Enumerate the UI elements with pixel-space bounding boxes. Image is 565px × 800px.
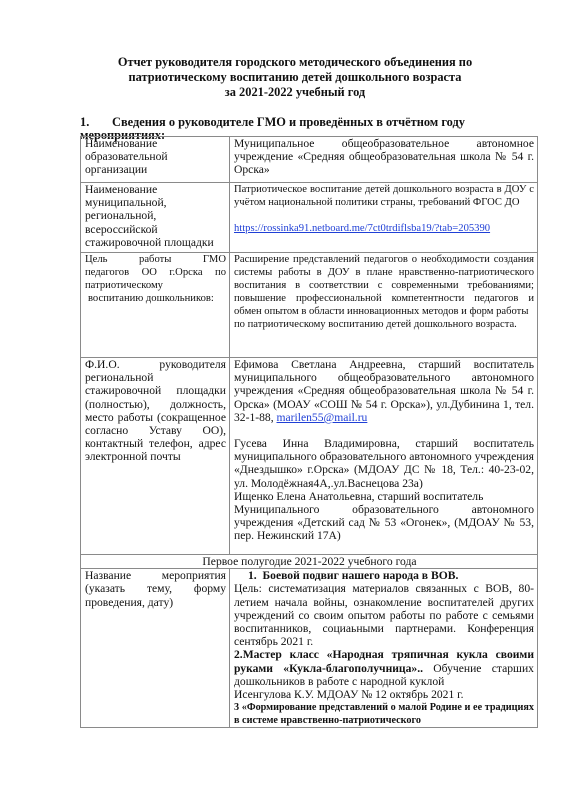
label-platform: Наименование муниципальной, региональной… (81, 183, 230, 253)
title-line-2: патриотическому воспитанию детей дошколь… (60, 70, 530, 85)
report-table: Наименование образовательной организации… (80, 136, 538, 728)
label-events: Название мероприятия (указать тему, форм… (81, 569, 230, 728)
value-contacts: Ефимова Светлана Андреевна, старший восп… (230, 358, 538, 555)
contact-efimova: Ефимова Светлана Андреевна, старший восп… (234, 358, 534, 424)
value-organization: Муниципальное общеобразовательное автоно… (230, 137, 538, 183)
half-year-heading: Первое полугодие 2021-2022 учебного года (81, 555, 538, 569)
table-row-half-year: Первое полугодие 2021-2022 учебного года (81, 555, 538, 569)
table-row-contacts: Ф.И.О. руководителя региональной стажиро… (81, 358, 538, 555)
title-line-1: Отчет руководителя городского методическ… (60, 55, 530, 70)
value-platform: Патриотическое воспитание детей дошкольн… (230, 183, 538, 253)
email-link[interactable]: marilen55@mail.ru (277, 411, 368, 424)
goal-text-part-1: Расширение представлений педагогов о нео… (234, 253, 534, 318)
event-2-author: Исенгулова К.У. МДОАУ № 12 октябрь 2021 … (234, 688, 534, 701)
table-row-events: Название мероприятия (указать тему, форм… (81, 569, 538, 728)
document-title: Отчет руководителя городского методическ… (60, 55, 530, 100)
goal-text-part-2: по патриотическому воспитанию детей дошк… (234, 318, 534, 331)
label-goal: Цель работы ГМО педагогов ОО г.Орска по … (81, 253, 230, 358)
value-goal: Расширение представлений педагогов о нео… (230, 253, 538, 358)
contact-ishchenko-line-1: Ищенко Елена Анатольевна, старший воспит… (234, 490, 534, 503)
contact-guseva: Гусева Инна Владимировна, старший воспит… (234, 437, 534, 490)
event-2: 2.Мастер класс «Народная тряпичная кукла… (234, 648, 534, 688)
goal-label-line-4: воспитанию дошкольников: (85, 292, 226, 305)
platform-description: Патриотическое воспитание детей дошкольн… (234, 183, 534, 209)
label-organization: Наименование образовательной организации (81, 137, 230, 183)
label-contacts: Ф.И.О. руководителя региональной стажиро… (81, 358, 230, 555)
goal-label-line-1: Цель работы ГМО (85, 253, 226, 266)
value-events: 1. Боевой подвиг нашего народа в ВОВ. Це… (230, 569, 538, 728)
contact-ishchenko: Муниципального образовательного автономн… (234, 503, 534, 543)
table-row-organization: Наименование образовательной организации… (81, 137, 538, 183)
event-1-title: 1. Боевой подвиг нашего народа в ВОВ. (234, 569, 534, 582)
event-3-title: 3 «Формирование представлений о малой Ро… (234, 701, 534, 727)
table-row-goal: Цель работы ГМО педагогов ОО г.Орска по … (81, 253, 538, 358)
title-line-3: за 2021-2022 учебный год (60, 85, 530, 100)
platform-link[interactable]: https://rossinka91.netboard.me/7ct0trdif… (234, 223, 490, 234)
table-row-platform: Наименование муниципальной, региональной… (81, 183, 538, 253)
goal-label-line-3: патриотическому (85, 279, 226, 292)
goal-label-line-2: педагогов ОО г.Орска по (85, 266, 226, 279)
event-1-text: Цель: систематизация материалов связанны… (234, 582, 534, 648)
section-heading-line-1: Сведения о руководителе ГМО и проведённы… (112, 115, 465, 129)
